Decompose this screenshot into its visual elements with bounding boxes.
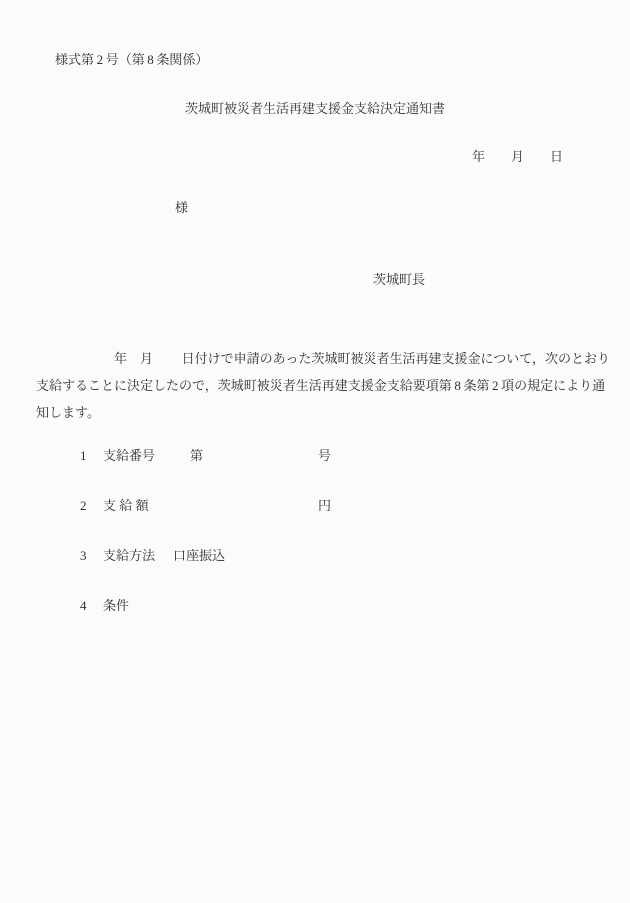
payment-method-value: 口座振込 xyxy=(173,547,225,565)
body-line: 年 月 日付けで申請のあった茨城町被災者生活再建支援金について，次のとおり xyxy=(36,345,600,372)
item-field-suffix: 号 xyxy=(318,447,331,465)
form-number: 様式第 2 号（第 8 条関係） xyxy=(55,51,208,69)
addressee-honorific: 様 xyxy=(175,199,188,217)
item-label: 支給方法 xyxy=(103,547,155,565)
item-label: 条件 xyxy=(103,597,129,615)
item-label: 支 給 額 xyxy=(103,497,149,515)
item-number: 2 xyxy=(80,497,87,515)
item-number: 4 xyxy=(80,597,87,615)
body-line: 支給することに決定したので，茨城町被災者生活再建支援金支給要項第 8 条第 2 … xyxy=(36,372,600,399)
item-label: 支給番号 xyxy=(103,447,155,465)
body-paragraph: 年 月 日付けで申請のあった茨城町被災者生活再建支援金について，次のとおり 支給… xyxy=(36,345,600,426)
document-page: 様式第 2 号（第 8 条関係） 茨城町被災者生活再建支援金支給決定通知書 年 … xyxy=(0,0,630,903)
issue-date-line: 年 月 日 xyxy=(472,148,563,166)
body-line: 知します。 xyxy=(36,399,600,426)
item-field-suffix: 円 xyxy=(318,497,331,515)
item-field-prefix: 第 xyxy=(190,447,203,465)
item-number: 1 xyxy=(80,447,87,465)
document-title: 茨城町被災者生活再建支援金支給決定通知書 xyxy=(0,100,630,118)
item-number: 3 xyxy=(80,547,87,565)
sender-title: 茨城町長 xyxy=(373,271,425,289)
